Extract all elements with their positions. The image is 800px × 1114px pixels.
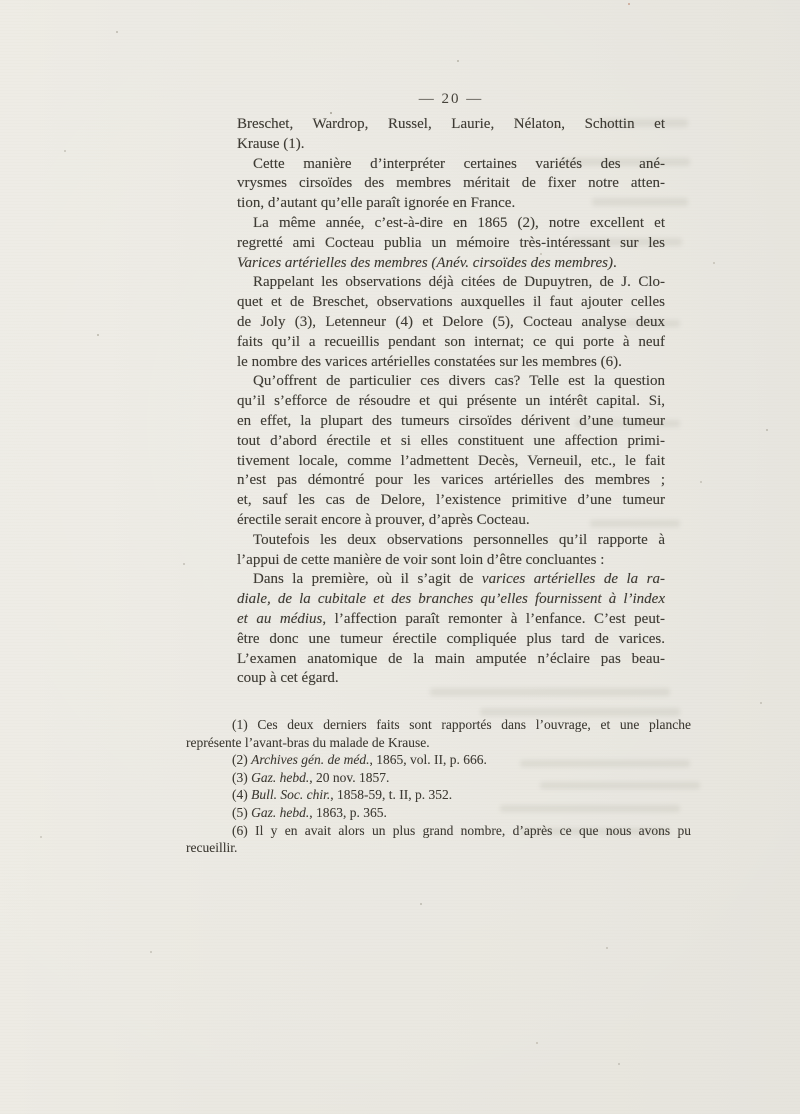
text-segment: (4) [232,787,251,802]
italic-text-segment: Varices artérielles des membres (Anév. c… [237,255,613,271]
text-segment: Breschet, Wardrop, Russel, Laurie, Nélat… [237,116,665,132]
text-segment: , 1863, p. 365. [309,805,387,820]
text-line: Toutefois les deux observations personne… [237,531,665,551]
text-line: recueillir. [186,839,691,857]
italic-text-segment: Gaz. hebd. [251,770,309,785]
text-segment: coup à cet égard. [237,670,339,686]
text-line: (6) Il y en avait alors un plus grand no… [186,822,691,840]
text-segment: (6) Il y en avait alors un plus grand no… [232,823,691,838]
footnotes: (1) Ces deux derniers faits sont rapport… [186,716,691,857]
text-line: l’appui de cette manière de voir sont lo… [237,551,665,571]
text-segment: recueillir. [186,840,237,855]
text-segment: le nombre des varices artérielles consta… [237,354,622,370]
body-text: Breschet, Wardrop, Russel, Laurie, Nélat… [237,115,665,689]
text-line: de Joly (3), Letenneur (4) et Delore (5)… [237,313,665,333]
text-segment: . [613,255,617,271]
text-segment: l’appui de cette manière de voir sont lo… [237,552,604,568]
text-segment: (5) [232,805,251,820]
text-line: en effet, la plupart des tumeurs cirsoïd… [237,412,665,432]
text-line: vrysmes cirsoïdes des membres méritait d… [237,174,665,194]
text-segment: Dans la première, où il s’agit de [253,571,482,587]
text-line: diale, de la cubitale et des branches qu… [237,590,665,610]
text-line: Rappelant les observations déjà citées d… [237,273,665,293]
text-line: Cette manière d’interpréter certaines va… [237,155,665,175]
text-segment: Toutefois les deux observations personne… [253,532,665,548]
text-line: La même année, c’est-à-dire en 1865 (2),… [237,214,665,234]
paragraph: (6) Il y en avait alors un plus grand no… [186,822,691,857]
text-segment: représente l’avant-bras du malade de Kra… [186,735,430,750]
text-segment: L’examen anatomique de la main amputée n… [237,651,665,667]
text-line: Qu’offrent de particulier ces divers cas… [237,372,665,392]
text-segment: de Joly (3), Letenneur (4) et Delore (5)… [237,314,665,330]
paragraph: La même année, c’est-à-dire en 1865 (2),… [237,214,665,273]
text-segment: tion, d’autant qu’elle paraît ignorée en… [237,195,515,211]
paragraph: Dans la première, où il s’agit de varice… [237,570,665,689]
text-segment: , l’affection paraît remonter à l’enfanc… [322,611,665,627]
text-segment: Rappelant les observations déjà citées d… [253,274,665,290]
text-segment: vrysmes cirsoïdes des membres méritait d… [237,175,665,191]
paragraph: (2) Archives gén. de méd., 1865, vol. II… [186,751,691,769]
text-segment: être donc une tumeur érectile compliquée… [237,631,665,647]
paragraph: (3) Gaz. hebd., 20 nov. 1857. [186,769,691,787]
text-segment: Qu’offrent de particulier ces divers cas… [253,373,665,389]
text-segment: qu’il s’efforce de résoudre et qui prése… [237,393,665,409]
text-segment: , 1858-59, t. II, p. 352. [330,787,452,802]
paragraph: Cette manière d’interpréter certaines va… [237,155,665,214]
text-line: quet et de Breschet, observations auxque… [237,293,665,313]
scanned-book-page: — 20 — Breschet, Wardrop, Russel, Laurie… [0,0,800,1114]
text-line: tivement locale, comme l’admettent Decès… [237,452,665,472]
text-segment: Krause (1). [237,136,304,152]
text-segment: (2) [232,752,251,767]
paragraph: (5) Gaz. hebd., 1863, p. 365. [186,804,691,822]
text-line: tion, d’autant qu’elle paraît ignorée en… [237,194,665,214]
text-line: coup à cet égard. [237,669,665,689]
text-segment: , 20 nov. 1857. [309,770,389,785]
text-line: et, sauf les cas de Delore, l’existence … [237,491,665,511]
text-line: (5) Gaz. hebd., 1863, p. 365. [186,804,691,822]
text-line: être donc une tumeur érectile compliquée… [237,630,665,650]
paragraph: Breschet, Wardrop, Russel, Laurie, Nélat… [237,115,665,155]
text-segment: quet et de Breschet, observations auxque… [237,294,665,310]
italic-text-segment: Bull. Soc. chir. [251,787,330,802]
text-line: (4) Bull. Soc. chir., 1858-59, t. II, p.… [186,786,691,804]
paragraph: Toutefois les deux observations personne… [237,531,665,571]
italic-text-segment: et au médius [237,611,322,627]
italic-text-segment: Gaz. hebd. [251,805,309,820]
text-line: Krause (1). [237,135,665,155]
text-segment: , 1865, vol. II, p. 666. [369,752,486,767]
text-segment: regretté ami Cocteau publia un mémoire t… [237,235,665,251]
text-line: le nombre des varices artérielles consta… [237,353,665,373]
text-line: Breschet, Wardrop, Russel, Laurie, Nélat… [237,115,665,135]
page-showthrough [430,688,670,696]
italic-text-segment: varices artérielles de la ra- [482,571,665,587]
text-segment: faits qu’il a recueillis pendant son int… [237,334,665,350]
text-segment: tout d’abord érectile et si elles consti… [237,433,665,449]
text-line: Varices artérielles des membres (Anév. c… [237,254,665,274]
text-line: (2) Archives gén. de méd., 1865, vol. II… [186,751,691,769]
page-showthrough [480,708,680,716]
text-segment: Cette manière d’interpréter certaines va… [253,156,665,172]
italic-text-segment: diale, de la cubitale et des branches qu… [237,591,665,607]
text-segment: en effet, la plupart des tumeurs cirsoïd… [237,413,665,429]
text-segment: (3) [232,770,251,785]
text-segment: La même année, c’est-à-dire en 1865 (2),… [253,215,665,231]
text-line: représente l’avant-bras du malade de Kra… [186,734,691,752]
paragraph: Qu’offrent de particulier ces divers cas… [237,372,665,530]
text-line: et au médius, l’affection paraît remonte… [237,610,665,630]
text-segment: érectile serait encore à prouver, d’aprè… [237,512,530,528]
paragraph: Rappelant les observations déjà citées d… [237,273,665,372]
text-line: Dans la première, où il s’agit de varice… [237,570,665,590]
text-line: n’est pas démontré pour les varices arté… [237,471,665,491]
text-line: regretté ami Cocteau publia un mémoire t… [237,234,665,254]
italic-text-segment: Archives gén. de méd. [251,752,369,767]
text-line: érectile serait encore à prouver, d’aprè… [237,511,665,531]
text-line: L’examen anatomique de la main amputée n… [237,650,665,670]
text-segment: et, sauf les cas de Delore, l’existence … [237,492,665,508]
page-number: — 20 — [237,91,665,108]
text-line: (3) Gaz. hebd., 20 nov. 1857. [186,769,691,787]
text-segment: (1) Ces deux derniers faits sont rapport… [232,717,691,732]
text-line: qu’il s’efforce de résoudre et qui prése… [237,392,665,412]
text-line: (1) Ces deux derniers faits sont rapport… [186,716,691,734]
paper-specks [0,0,2,2]
text-segment: n’est pas démontré pour les varices arté… [237,472,665,488]
paragraph: (1) Ces deux derniers faits sont rapport… [186,716,691,751]
text-line: faits qu’il a recueillis pendant son int… [237,333,665,353]
text-segment: tivement locale, comme l’admettent Decès… [237,453,665,469]
paragraph: (4) Bull. Soc. chir., 1858-59, t. II, p.… [186,786,691,804]
text-line: tout d’abord érectile et si elles consti… [237,432,665,452]
